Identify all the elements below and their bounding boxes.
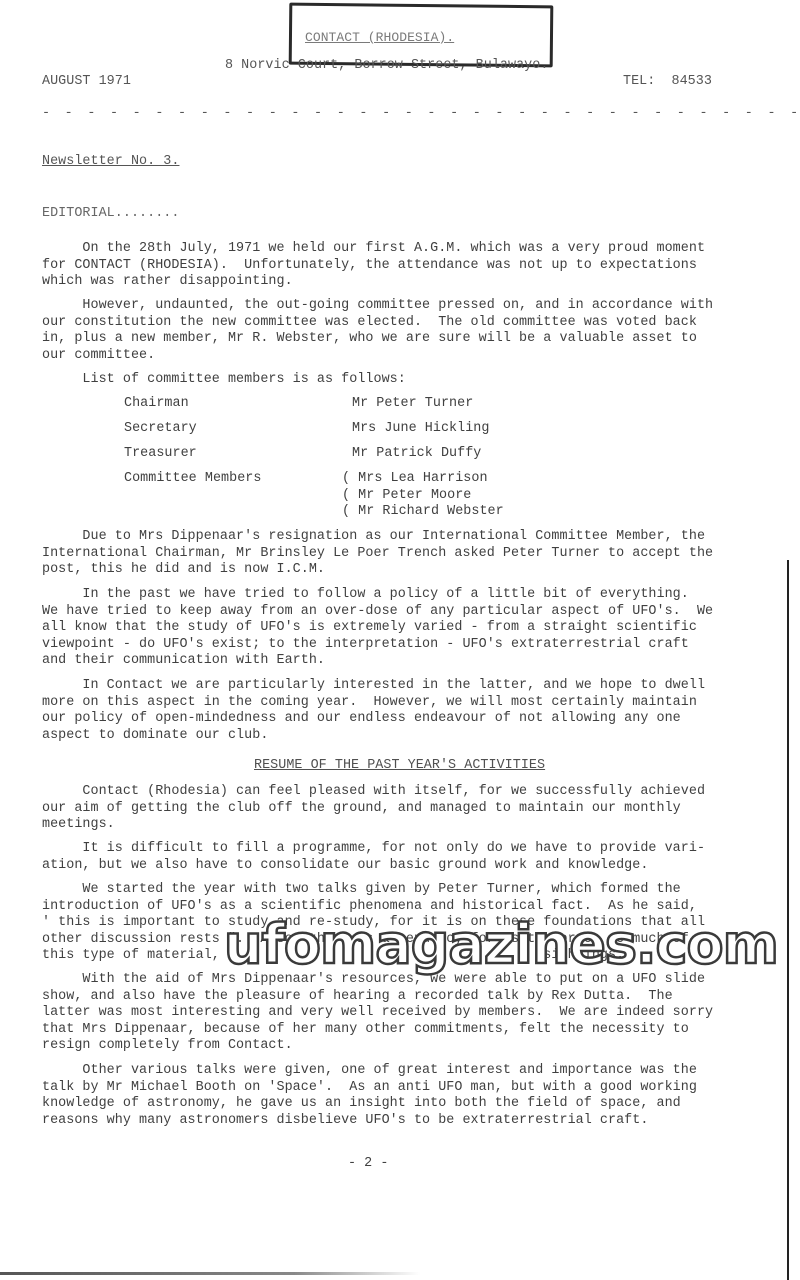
paragraph-policy: In the past we have tried to follow a po…	[42, 587, 742, 670]
paragraph-slide-show: With the aid of Mrs Dippenaar's resource…	[42, 972, 742, 1055]
watermark: ufomagazines.com	[224, 918, 778, 972]
committee-role: Treasurer	[124, 446, 197, 461]
text-line: our constitution the new committee was e…	[42, 315, 742, 332]
org-title: CONTACT (RHODESIA).	[305, 30, 454, 45]
text-line: viewpoint - do UFO's exist; to the inter…	[42, 637, 742, 654]
text-line: aspect to dominate our club.	[42, 728, 742, 745]
committee-role: Chairman	[124, 396, 189, 411]
text-line: our policy of open-mindedness and our en…	[42, 711, 742, 728]
paragraph-programme: It is difficult to fill a programme, for…	[42, 841, 742, 874]
text-line: and their communication with Earth.	[42, 653, 742, 670]
text-line: more on this aspect in the coming year. …	[42, 695, 742, 712]
telephone: TEL: 84533	[623, 74, 712, 89]
committee-role: Committee Members	[124, 471, 261, 486]
text-line: latter was most interesting and very wel…	[42, 1005, 742, 1022]
text-line: for CONTACT (RHODESIA). Unfortunately, t…	[42, 258, 742, 275]
text-line: Other various talks were given, one of g…	[42, 1063, 742, 1080]
text-line: We started the year with two talks given…	[42, 882, 742, 899]
text-line: talk by Mr Michael Booth on 'Space'. As …	[42, 1080, 742, 1097]
committee-member-name: Mr Peter Turner	[352, 396, 473, 411]
text-line: reasons why many astronomers disbelieve …	[42, 1113, 742, 1130]
text-line: Contact (Rhodesia) can feel pleased with…	[42, 784, 742, 801]
newsletter-number: Newsletter No. 3.	[42, 154, 179, 169]
text-line: On the 28th July, 1971 we held our first…	[42, 241, 742, 258]
text-line: In the past we have tried to follow a po…	[42, 587, 742, 604]
page-number: - 2 -	[348, 1156, 388, 1171]
text-line: post, this he did and is now I.C.M.	[42, 562, 742, 579]
text-line: We have tried to keep away from an over-…	[42, 604, 742, 621]
text-line: in, plus a new member, Mr R. Webster, wh…	[42, 331, 742, 348]
text-line: In Contact we are particularly intereste…	[42, 678, 742, 695]
paragraph-pleased: Contact (Rhodesia) can feel pleased with…	[42, 784, 742, 834]
committee-role: Secretary	[124, 421, 197, 436]
text-line: that Mrs Dippenaar, because of her many …	[42, 1022, 742, 1039]
text-line: which was rather disappointing.	[42, 274, 742, 291]
committee-member-name: Mrs June Hickling	[352, 421, 489, 436]
text-line: However, undaunted, the out-going commit…	[42, 298, 742, 315]
paragraph-icm: Due to Mrs Dippenaar's resignation as ou…	[42, 529, 742, 579]
text-line: ation, but we also have to consolidate o…	[42, 858, 742, 875]
editorial-heading: EDITORIAL........	[42, 206, 179, 221]
text-line: show, and also have the pleasure of hear…	[42, 989, 742, 1006]
paragraph-interest: In Contact we are particularly intereste…	[42, 678, 742, 744]
text-line: knowledge of astronomy, he gave us an in…	[42, 1096, 742, 1113]
paragraph-other-talks: Other various talks were given, one of g…	[42, 1063, 742, 1129]
text-line: meetings.	[42, 817, 742, 834]
text-line: Due to Mrs Dippenaar's resignation as ou…	[42, 529, 742, 546]
header-separator: - - - - - - - - - - - - - - - - - - - - …	[42, 106, 800, 121]
text-line: It is difficult to fill a programme, for…	[42, 841, 742, 858]
paragraph-agm: On the 28th July, 1971 we held our first…	[42, 241, 742, 291]
tel-label: TEL:	[623, 74, 655, 89]
text-line: our aim of getting the club off the grou…	[42, 801, 742, 818]
address: 8 Norvic Court, Borrow Street, Bulawayo.	[225, 58, 548, 73]
text-line: International Chairman, Mr Brinsley Le P…	[42, 546, 742, 563]
paragraph-committee-list-intro: List of committee members is as follows:	[42, 372, 742, 389]
issue-date: AUGUST 1971	[42, 74, 131, 89]
page-bottom-edge	[0, 1272, 420, 1275]
page-edge-line	[787, 560, 789, 1280]
text-line: resign completely from Contact.	[42, 1038, 742, 1055]
paragraph-committee-elected: However, undaunted, the out-going commit…	[42, 298, 742, 364]
text-line: our committee.	[42, 348, 742, 365]
committee-member-name: Mr Patrick Duffy	[352, 446, 481, 461]
newsletter-page: CONTACT (RHODESIA). 8 Norvic Court, Borr…	[0, 0, 800, 1280]
committee-member-name: ( Mr Peter Moore	[342, 488, 471, 503]
text-line: List of committee members is as follows:	[42, 372, 742, 389]
committee-member-name: ( Mrs Lea Harrison	[342, 471, 488, 486]
committee-member-name: ( Mr Richard Webster	[342, 504, 504, 519]
tel-number: 84533	[672, 74, 712, 89]
text-line: all know that the study of UFO's is extr…	[42, 620, 742, 637]
section-heading-resume: RESUME OF THE PAST YEAR'S ACTIVITIES	[254, 758, 545, 773]
